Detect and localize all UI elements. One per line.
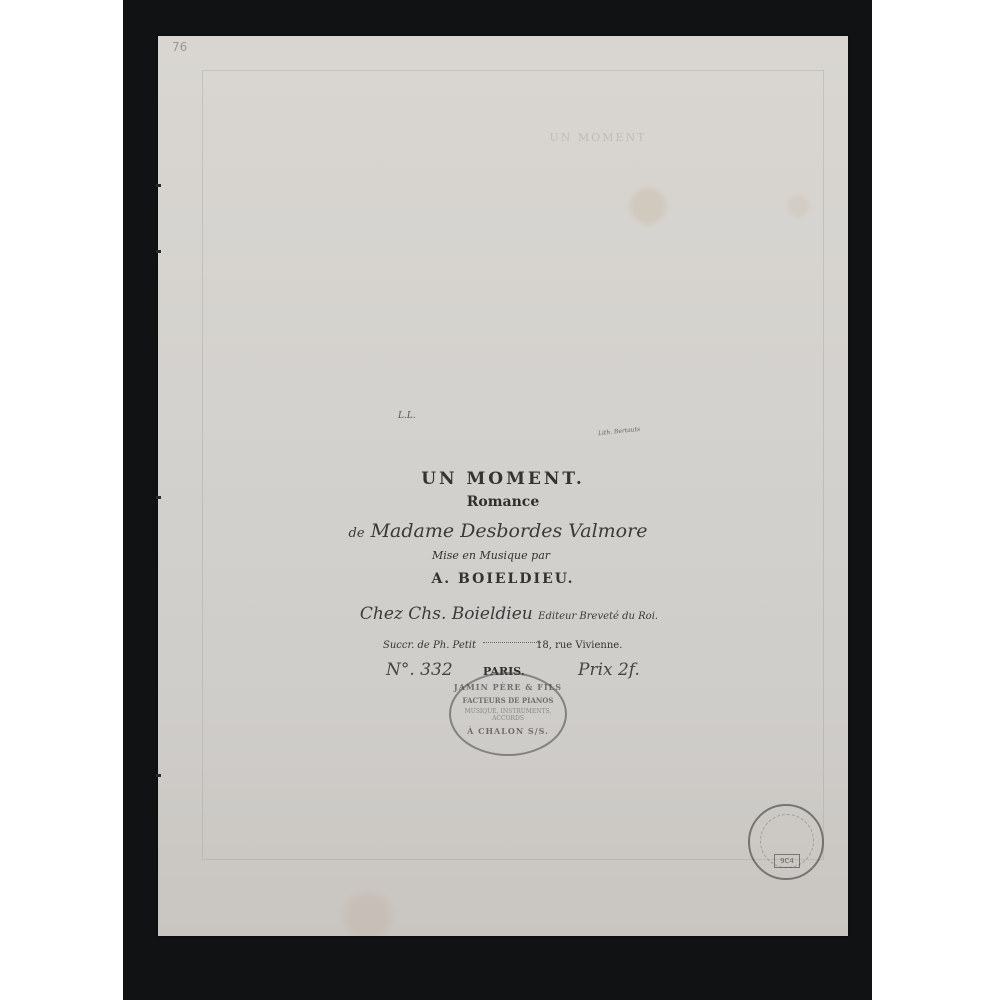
binding-hole-mark: [156, 250, 161, 253]
publisher-qualifier: Editeur Breveté du Roi.: [538, 611, 658, 622]
publisher-name: Boieldieu: [452, 604, 533, 624]
dealer-stamp-line: MUSIQUE, INSTRUMENTS, ACCORDS: [451, 708, 565, 722]
lyricist-prefix: de: [349, 526, 365, 541]
artist-signature: L.L.: [398, 411, 416, 421]
publisher-line: Chez Chs. Boieldieu Editeur Breveté du R…: [164, 604, 854, 624]
publisher-prefix: Chez Chs.: [360, 604, 446, 624]
dealer-stamp-line: À CHALON S/S.: [451, 726, 565, 736]
lyricist-line: de Madame Desbordes Valmore: [153, 520, 843, 542]
price: Prix 2f.: [578, 660, 640, 680]
lithograph-illustration: [348, 191, 658, 441]
bleed-through-text: UN MOMENT: [458, 131, 738, 144]
work-title: UN MOMENT.: [158, 469, 848, 489]
lyricist-name: Madame Desbordes Valmore: [371, 520, 648, 542]
binding-hole-mark: [156, 774, 161, 777]
dealer-stamp: JAMIN PÈRE & FILS FACTEURS DE PIANOS MUS…: [449, 672, 567, 756]
composer-name: A. BOIELDIEU.: [158, 571, 848, 587]
ornament-icon: [483, 642, 541, 649]
work-subtitle: Romance: [158, 494, 848, 510]
successor-text: Succr. de Ph. Petit: [383, 640, 476, 651]
plate-number: N°. 332: [386, 660, 453, 680]
binding-hole-mark: [156, 184, 161, 187]
publisher-address: 18, rue Vivienne.: [536, 640, 622, 651]
publisher-successor: Succr. de Ph. Petit: [383, 640, 545, 651]
round-seal-stamp: 9C4: [748, 804, 824, 880]
pencil-mark: 76: [172, 40, 187, 54]
sheet-music-page: 76 UN MOMENT: [158, 36, 848, 936]
seal-code: 9C4: [774, 854, 800, 868]
music-by-label: Mise en Musique par: [146, 549, 836, 562]
illustration-icon: [348, 191, 658, 441]
dealer-stamp-line: JAMIN PÈRE & FILS: [451, 682, 565, 692]
dealer-stamp-line: FACTEURS DE PIANOS: [451, 696, 565, 705]
